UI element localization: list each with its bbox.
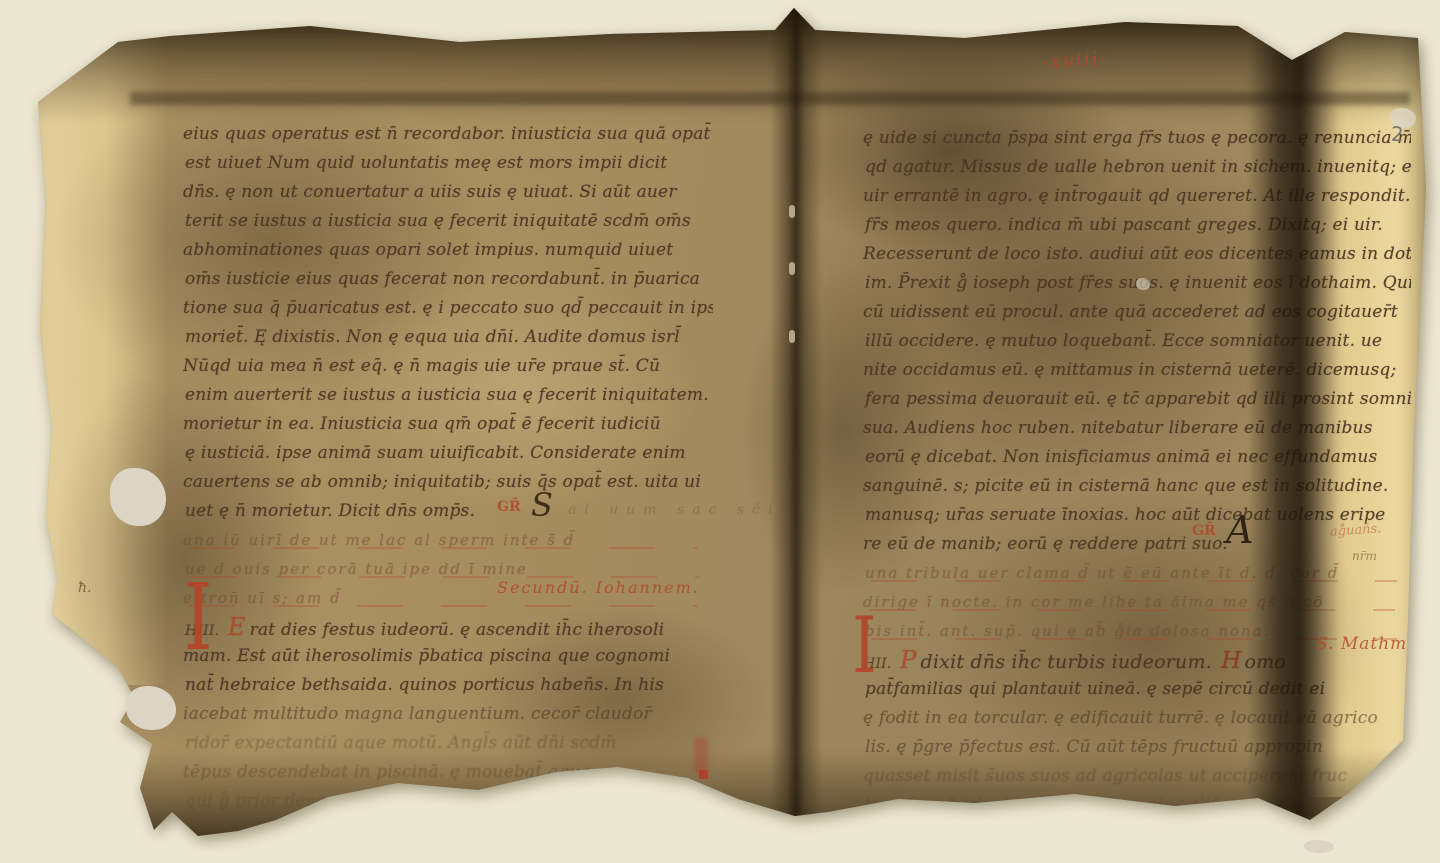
gospel-rubric-john: Secundū. Iohannem. xyxy=(497,578,700,597)
flaked-patch xyxy=(1136,278,1150,290)
manuscript-photograph: eius quas operatus est n̄ recordabor. in… xyxy=(0,0,1440,863)
left-margin-mark: ħ. xyxy=(78,580,91,596)
red-pigment-smear xyxy=(694,737,708,773)
gospel-rubric-matthew: S. Mathm. xyxy=(1316,634,1414,654)
gradual-abbreviation-right: GR̄ xyxy=(1192,523,1216,539)
quire-number-rubric: ·xviii· xyxy=(1041,48,1108,73)
flaked-patch xyxy=(126,686,176,730)
parchment-bifolium: eius quas operatus est n̄ recordabor. in… xyxy=(0,0,1440,863)
parchment-wrapper: eius quas operatus est n̄ recordabor. in… xyxy=(0,0,1440,863)
initial-a: A xyxy=(1226,508,1253,552)
gradual-abbreviation-left: GR̄ xyxy=(497,499,521,515)
faded-response-fragment: nr̄m xyxy=(1352,549,1377,563)
edge-darkening xyxy=(0,0,1440,863)
red-pigment-dot xyxy=(699,770,708,779)
flaked-patch xyxy=(1304,840,1334,853)
initial-i-left: I xyxy=(184,572,213,664)
initial-s: S xyxy=(531,486,553,524)
faded-chant-fragment-left: al uum sac sc̄i xyxy=(568,502,780,518)
initial-i-right: I xyxy=(852,607,877,685)
pencil-folio-number: 2 xyxy=(1391,122,1405,146)
